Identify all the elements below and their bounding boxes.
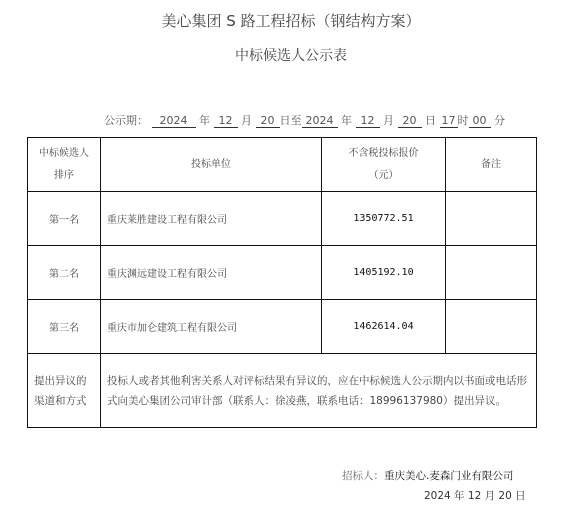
- period-end-month: 12: [356, 115, 380, 128]
- price-cell: 1405192.10: [322, 246, 446, 300]
- month-unit: 月: [383, 114, 394, 127]
- bidder-cell: 重庆市加仑建筑工程有限公司: [101, 300, 322, 354]
- header-bidder: 投标单位: [101, 138, 322, 192]
- price-cell: 1350772.51: [322, 192, 446, 246]
- document-title: 美心集团 S 路工程招标（钢结构方案）: [0, 10, 582, 31]
- tenderer-line: 招标人：重庆美心.麦森门业有限公司: [342, 468, 513, 483]
- publicity-period: 公示期： 2024 年 12 月 20日至2024 年 12 月 20 日 17…: [104, 112, 505, 128]
- period-start-day: 20: [256, 115, 280, 128]
- header-price-line1: 不含税投标报价: [322, 143, 445, 165]
- rank-cell: 第三名: [28, 300, 101, 354]
- month-unit: 月: [241, 114, 252, 127]
- objection-label: 提出异议的 渠道和方式: [28, 354, 101, 428]
- year-unit: 年: [341, 114, 352, 127]
- tenderer-name: 重庆美心.麦森门业有限公司: [384, 470, 513, 482]
- minute-unit: 分: [494, 114, 505, 127]
- objection-text: 投标人或者其他利害关系人对评标结果有异议的，应在中标候选人公示期内以书面或电话形…: [101, 354, 537, 428]
- period-start-month: 12: [214, 115, 238, 128]
- day-to: 日至: [280, 114, 302, 127]
- objection-label-line2: 渠道和方式: [34, 391, 100, 411]
- remark-cell: [446, 246, 537, 300]
- period-end-day: 20: [398, 115, 422, 128]
- period-start-year: 2024: [152, 115, 196, 128]
- header-rank-line1: 中标候选人: [28, 143, 100, 165]
- objection-row: 提出异议的 渠道和方式 投标人或者其他利害关系人对评标结果有异议的，应在中标候选…: [28, 354, 537, 428]
- footer-date: 2024 年 12 月 20 日: [424, 488, 526, 503]
- header-rank: 中标候选人 排序: [28, 138, 101, 192]
- bidder-cell: 重庆莱胜建设工程有限公司: [101, 192, 322, 246]
- header-rank-line2: 排序: [28, 165, 100, 187]
- year-unit: 年: [199, 114, 210, 127]
- period-label: 公示期：: [104, 114, 148, 127]
- document-subtitle: 中标候选人公示表: [0, 45, 582, 65]
- tenderer-label: 招标人：: [342, 470, 384, 482]
- remark-cell: [446, 192, 537, 246]
- period-end-hour: 17: [440, 115, 458, 128]
- table-row: 第二名 重庆渊远建设工程有限公司 1405192.10: [28, 246, 537, 300]
- bidder-cell: 重庆渊远建设工程有限公司: [101, 246, 322, 300]
- objection-label-line1: 提出异议的: [34, 371, 100, 391]
- header-remark: 备注: [446, 138, 537, 192]
- header-price-line2: （元）: [322, 165, 445, 187]
- candidates-table: 中标候选人 排序 投标单位 不含税投标报价 （元） 备注 第一名 重庆莱胜建设工…: [27, 137, 537, 428]
- table-row: 第一名 重庆莱胜建设工程有限公司 1350772.51: [28, 192, 537, 246]
- price-cell: 1462614.04: [322, 300, 446, 354]
- table-header-row: 中标候选人 排序 投标单位 不含税投标报价 （元） 备注: [28, 138, 537, 192]
- rank-cell: 第一名: [28, 192, 101, 246]
- remark-cell: [446, 300, 537, 354]
- period-end-year: 2024: [302, 115, 338, 128]
- hour-unit: 时: [458, 114, 469, 127]
- rank-cell: 第二名: [28, 246, 101, 300]
- day-unit: 日: [425, 114, 436, 127]
- table-row: 第三名 重庆市加仑建筑工程有限公司 1462614.04: [28, 300, 537, 354]
- period-end-minute: 00: [469, 115, 491, 128]
- header-price: 不含税投标报价 （元）: [322, 138, 446, 192]
